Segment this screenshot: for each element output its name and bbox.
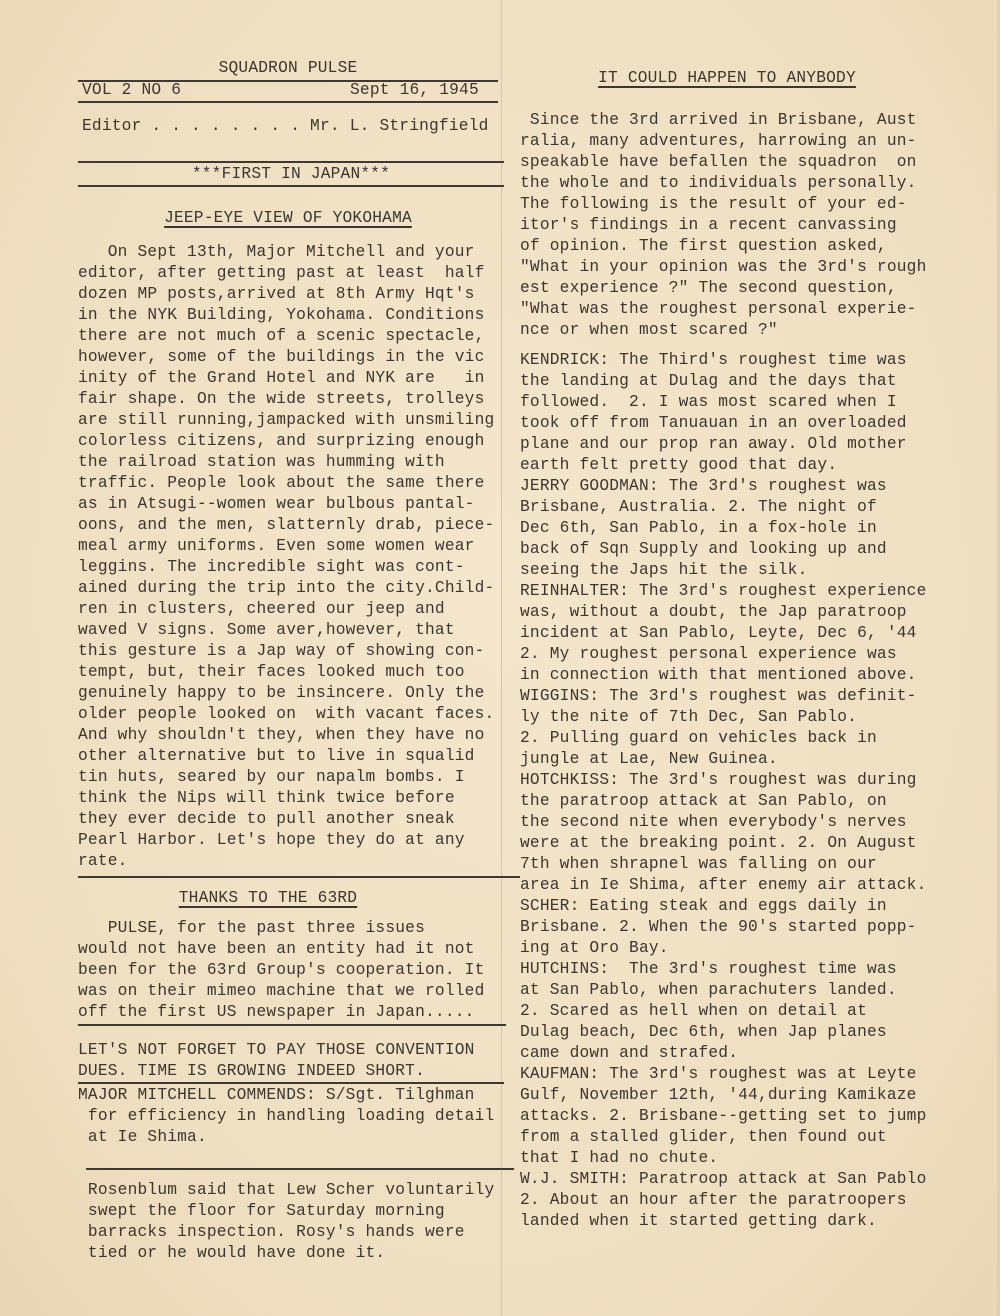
text-line: dozen MP posts,arrived at 8th Army Hqt's [78,284,494,305]
text-line: 2. Scared as hell when on detail at [520,1001,926,1022]
text-line: swept the floor for Saturday morning [78,1201,494,1222]
text-line: HOTCHKISS: The 3rd's roughest was during [520,770,926,791]
editor-name: Mr. L. Stringfield [310,117,488,135]
text-line: JERRY GOODMAN: The 3rd's roughest was [520,476,926,497]
text-line: ly the nite of 7th Dec, San Pablo. [520,707,926,728]
text-line: Dulag beach, Dec 6th, when Jap planes [520,1022,926,1043]
text-line: LET'S NOT FORGET TO PAY THOSE CONVENTION [78,1040,475,1061]
text-line: tied or he would have done it. [78,1243,494,1264]
text-line: traffic. People look about the same ther… [78,473,494,494]
text-line: there are not much of a scenic spectacle… [78,326,494,347]
text-line: was on their mimeo machine that we rolle… [78,981,484,1002]
editor-label: Editor . . . . . . . . [82,117,300,135]
text-line: the railroad station was humming with [78,452,494,473]
text-line: would not have been an entity had it not [78,939,484,960]
text-line: been for the 63rd Group's cooperation. I… [78,960,484,981]
paper-fold-line [501,0,502,1316]
text-line: inity of the Grand Hotel and NYK are in [78,368,494,389]
text-line: this gesture is a Jap way of showing con… [78,641,494,662]
text-line: however, some of the buildings in the vi… [78,347,494,368]
text-line: Brisbane. 2. When the 90's started popp- [520,917,926,938]
text-line: Pearl Harbor. Let's hope they do at any [78,830,494,851]
text-line: barracks inspection. Rosy's hands were [78,1222,494,1243]
masthead-rule-bottom [78,101,498,103]
text-line: incident at San Pablo, Leyte, Dec 6, '44 [520,623,926,644]
text-line: plane and our prop ran away. Old mother [520,434,926,455]
text-line: 2. About an hour after the paratroopers [520,1190,926,1211]
text-line: followed. 2. I was most scared when I [520,392,926,413]
text-line: "What in your opinion was the 3rd's roug… [520,257,926,278]
text-line: from a stalled glider, then found out [520,1127,926,1148]
text-line: Gulf, November 12th, '44,during Kamikaze [520,1085,926,1106]
text-line: the whole and to individuals personally. [520,173,926,194]
text-line: leggins. The incredible sight was cont- [78,557,494,578]
text-line: in the NYK Building, Yokohama. Condition… [78,305,494,326]
text-line: PULSE, for the past three issues [78,918,484,939]
text-line: Rosenblum said that Lew Scher voluntaril… [78,1180,494,1201]
text-line: waved V signs. Some aver,however, that [78,620,494,641]
text-line: are still running,jampacked with unsmili… [78,410,494,431]
text-line: jungle at Lae, New Guinea. [520,749,926,770]
text-line: meal army uniforms. Even some women wear [78,536,494,557]
headline-thanks-63rd: THANKS TO THE 63RD [78,888,458,909]
text-line: speakable have befallen the squadron on [520,152,926,173]
text-line: WIGGINS: The 3rd's roughest was definit- [520,686,926,707]
text-line: the landing at Dulag and the days that [520,371,926,392]
text-line: oons, and the men, slatternly drab, piec… [78,515,494,536]
text-line: were at the breaking point. 2. On August [520,833,926,854]
text-line: at Ie Shima. [78,1127,494,1148]
text-line: editor, after getting past at least half [78,263,494,284]
text-line: genuinely happy to be insincere. Only th… [78,683,494,704]
headline-could-happen-to-anybody: IT COULD HAPPEN TO ANYBODY [520,68,934,89]
text-line: 2. Pulling guard on vehicles back in [520,728,926,749]
issue-date: Sept 16, 1945 [350,80,479,101]
text-line: think the Nips will think twice before [78,788,494,809]
text-line: nce or when most scared ?" [520,320,926,341]
text-line: 2. My roughest personal experience was [520,644,926,665]
text-line: Since the 3rd arrived in Brisbane, Aust [520,110,926,131]
text-line: SCHER: Eating steak and eggs daily in [520,896,926,917]
text-line: earth felt pretty good that day. [520,455,926,476]
text-line: The following is the result of your ed- [520,194,926,215]
section-rule [78,1024,506,1026]
text-line: ralia, many adventures, harrowing an un- [520,131,926,152]
text-line: was, without a doubt, the Jap paratroop [520,602,926,623]
article-jeep-eye-view: On Sept 13th, Major Mitchell and youredi… [78,242,494,872]
text-line: colorless citizens, and surprizing enoug… [78,431,494,452]
newsletter-title: SQUADRON PULSE [78,58,498,79]
text-line: ained during the trip into the city.Chil… [78,578,494,599]
article-intro: Since the 3rd arrived in Brisbane, Austr… [520,110,926,341]
text-line: as in Atsugi--women wear bulbous pantal- [78,494,494,515]
headline-jeep-eye-view: JEEP-EYE VIEW OF YOKOHAMA [78,208,498,229]
text-line: older people looked on with vacant faces… [78,704,494,725]
text-line: est experience ?" The second question, [520,278,926,299]
text-line: of opinion. The first question asked, [520,236,926,257]
text-line: took off from Tanuauan in an overloaded [520,413,926,434]
section-rule [86,1168,514,1170]
text-line: On Sept 13th, Major Mitchell and your [78,242,494,263]
text-line: KENDRICK: The Third's roughest time was [520,350,926,371]
text-line: W.J. SMITH: Paratroop attack at San Pabl… [520,1169,926,1190]
item-major-mitchell-commends: MAJOR MITCHELL COMMENDS: S/Sgt. Tilghman… [78,1085,494,1148]
editor-line: Editor . . . . . . . . Mr. L. Stringfiel… [82,116,489,137]
text-line: fair shape. On the wide streets, trolley… [78,389,494,410]
text-line: other alternative but to live in squalid [78,746,494,767]
text-line: for efficiency in handling loading detai… [78,1106,494,1127]
article-responses: KENDRICK: The Third's roughest time wast… [520,350,926,1232]
text-line: rate. [78,851,494,872]
text-line: ren in clusters, cheered our jeep and [78,599,494,620]
text-line: at San Pablo, when parachuters landed. [520,980,926,1001]
text-line: Brisbane, Australia. 2. The night of [520,497,926,518]
text-line: seeing the Japs hit the silk. [520,560,926,581]
banner-first-in-japan: ***FIRST IN JAPAN*** [78,164,504,185]
text-line: they ever decide to pull another sneak [78,809,494,830]
text-line: ing at Oro Bay. [520,938,926,959]
text-line: And why shouldn't they, when they have n… [78,725,494,746]
article-thanks-63rd: PULSE, for the past three issueswould no… [78,918,484,1023]
section-rule [78,1082,504,1084]
text-line: 7th when shrapnel was falling on our [520,854,926,875]
notice-convention-dues: LET'S NOT FORGET TO PAY THOSE CONVENTION… [78,1040,475,1082]
text-line: DUES. TIME IS GROWING INDEED SHORT. [78,1061,475,1082]
text-line: landed when it started getting dark. [520,1211,926,1232]
text-line: "What was the roughest personal experie- [520,299,926,320]
text-line: in connection with that mentioned above. [520,665,926,686]
text-line: KAUFMAN: The 3rd's roughest was at Leyte [520,1064,926,1085]
text-line: the second nite when everybody's nerves [520,812,926,833]
text-line: itor's findings in a recent canvassing [520,215,926,236]
volume-number: VOL 2 NO 6 [82,80,181,101]
text-line: Dec 6th, San Pablo, in a fox-hole in [520,518,926,539]
banner-rule-top [78,161,504,163]
section-rule [78,876,520,878]
text-line: back of Sqn Supply and looking up and [520,539,926,560]
text-line: the paratroop attack at San Pablo, on [520,791,926,812]
text-line: off the first US newspaper in Japan..... [78,1002,484,1023]
text-line: that I had no chute. [520,1148,926,1169]
text-line: tin huts, seared by our napalm bombs. I [78,767,494,788]
text-line: tempt, but, their faces looked much too [78,662,494,683]
text-line: HUTCHINS: The 3rd's roughest time was [520,959,926,980]
text-line: attacks. 2. Brisbane--getting set to jum… [520,1106,926,1127]
text-line: MAJOR MITCHELL COMMENDS: S/Sgt. Tilghman [78,1085,494,1106]
banner-rule-bottom [78,185,504,187]
text-line: came down and strafed. [520,1043,926,1064]
text-line: area in Ie Shima, after enemy air attack… [520,875,926,896]
item-rosenblum: Rosenblum said that Lew Scher voluntaril… [78,1180,494,1264]
text-line: REINHALTER: The 3rd's roughest experienc… [520,581,926,602]
